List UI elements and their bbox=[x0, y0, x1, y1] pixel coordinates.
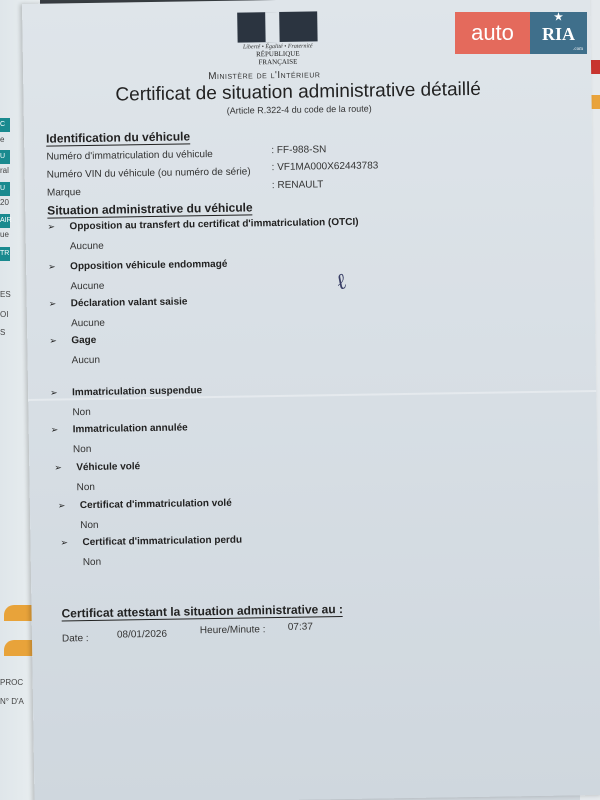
arrow-icon: ➢ bbox=[49, 298, 71, 309]
arrow-icon: ➢ bbox=[54, 462, 76, 473]
bg-text: ES bbox=[0, 290, 11, 299]
situation-item-value: Non bbox=[83, 557, 102, 568]
arrow-icon: ➢ bbox=[58, 500, 80, 511]
situation-item-value: Aucune bbox=[70, 241, 104, 253]
situation-item: ➢Certificat d'immatriculation volé bbox=[58, 498, 232, 512]
situation-heading: Situation administrative du véhicule bbox=[47, 200, 253, 218]
brand-value: : RENAULT bbox=[272, 179, 324, 191]
bg-strip: U bbox=[0, 150, 10, 164]
vin-value: : VF1MA000X62443783 bbox=[272, 160, 379, 173]
date-value: 08/01/2026 bbox=[117, 629, 167, 641]
situation-item: ➢Opposition au transfert du certificat d… bbox=[47, 217, 358, 233]
bg-text: PROC bbox=[0, 678, 23, 687]
watermark-auto: auto bbox=[455, 12, 530, 54]
arrow-icon: ➢ bbox=[47, 221, 69, 232]
situation-item-value: Non bbox=[73, 444, 92, 455]
situation-item-value: Non bbox=[80, 520, 99, 531]
arrow-icon: ➢ bbox=[49, 335, 71, 346]
star-icon: ★ bbox=[554, 12, 563, 23]
bg-strip: U bbox=[0, 182, 10, 196]
situation-item-label: Véhicule volé bbox=[76, 461, 140, 473]
bg-text: e bbox=[0, 135, 4, 144]
arrow-icon: ➢ bbox=[60, 537, 82, 548]
situation-item-label: Gage bbox=[71, 335, 96, 346]
situation-item-label: Opposition au transfert du certificat d'… bbox=[69, 217, 358, 233]
situation-item-value: Aucune bbox=[70, 281, 104, 293]
document-title: Certificat de situation administrative d… bbox=[115, 79, 481, 107]
bg-text: ral bbox=[0, 166, 9, 175]
situation-item-value: Non bbox=[77, 482, 96, 493]
vin-label: Numéro VIN du véhicule (ou numéro de sér… bbox=[47, 166, 251, 180]
arrow-icon: ➢ bbox=[50, 387, 72, 398]
arrow-icon: ➢ bbox=[51, 424, 73, 435]
plate-label: Numéro d'immatriculation du véhicule bbox=[46, 149, 213, 163]
plate-value: : FF-988-SN bbox=[271, 144, 326, 156]
situation-item: ➢Déclaration valant saisie bbox=[49, 296, 188, 309]
identification-heading: Identification du véhicule bbox=[46, 129, 190, 146]
watermark-domain: .com bbox=[573, 47, 583, 52]
bg-strip: TR bbox=[0, 247, 10, 261]
bg-text: 20 bbox=[0, 198, 9, 207]
date-label: Date : bbox=[62, 633, 89, 644]
brand-label: Marque bbox=[47, 187, 81, 199]
watermark-ria-text: RIA bbox=[542, 24, 575, 44]
signature-mark: ℓ bbox=[332, 268, 350, 296]
situation-item-value: Aucune bbox=[71, 318, 105, 330]
marianne-logo: Liberté • Égalité • Fraternité RÉPUBLIQU… bbox=[237, 11, 318, 66]
situation-item: ➢Opposition véhicule endommagé bbox=[48, 259, 227, 273]
article-reference: (Article R.322-4 du code de la route) bbox=[227, 104, 372, 116]
republic-label: RÉPUBLIQUE FRANÇAISE bbox=[238, 49, 318, 66]
situation-item-label: Certificat d'immatriculation volé bbox=[80, 498, 232, 511]
attestation-heading: Certificat attestant la situation admini… bbox=[61, 602, 343, 621]
bg-strip: AIR bbox=[0, 214, 10, 228]
situation-item-label: Opposition véhicule endommagé bbox=[70, 259, 227, 272]
situation-item: ➢Certificat d'immatriculation perdu bbox=[60, 535, 242, 549]
situation-item: ➢Véhicule volé bbox=[54, 461, 140, 473]
situation-item: ➢Immatriculation annulée bbox=[51, 422, 188, 435]
marianne-icon bbox=[237, 11, 317, 42]
bg-text: OI bbox=[0, 310, 8, 319]
bg-text: ue bbox=[0, 230, 9, 239]
situation-item-label: Déclaration valant saisie bbox=[71, 296, 188, 309]
situation-item-value: Non bbox=[72, 407, 91, 418]
ministry-label: Ministère de l'Intérieur bbox=[208, 69, 320, 82]
time-value: 07:37 bbox=[288, 622, 313, 633]
bg-text: S bbox=[0, 328, 5, 337]
certificate-page: Liberté • Égalité • Fraternité RÉPUBLIQU… bbox=[22, 0, 600, 800]
situation-item-label: Immatriculation annulée bbox=[73, 422, 188, 435]
time-label: Heure/Minute : bbox=[200, 624, 266, 636]
situation-item-label: Certificat d'immatriculation perdu bbox=[82, 535, 242, 549]
watermark-ria: ★ RIA .com bbox=[530, 12, 587, 54]
situation-item: ➢Gage bbox=[49, 335, 96, 347]
situation-item-value: Aucun bbox=[72, 355, 101, 366]
situation-item-label: Immatriculation suspendue bbox=[72, 385, 202, 398]
bg-text: N° D'A bbox=[0, 697, 24, 706]
autoria-watermark: auto ★ RIA .com bbox=[455, 12, 587, 54]
arrow-icon: ➢ bbox=[48, 261, 70, 272]
bg-strip: C bbox=[0, 118, 10, 132]
